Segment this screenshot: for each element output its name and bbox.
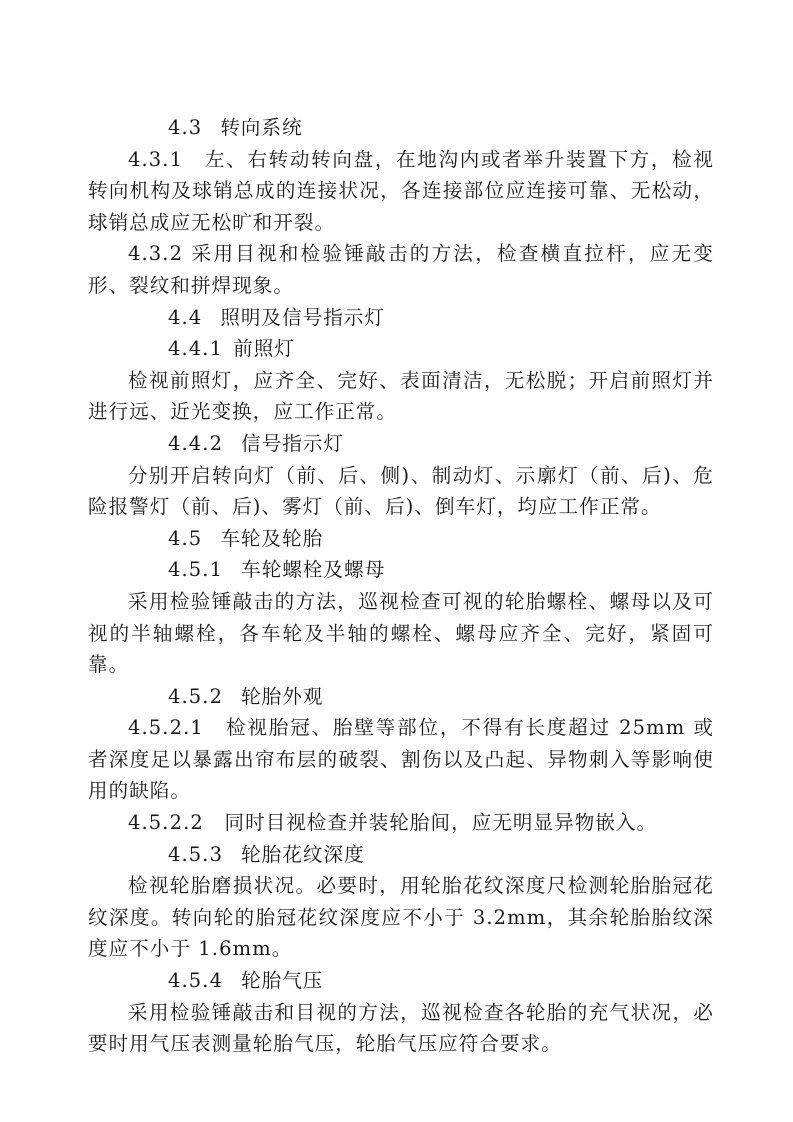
section-title: 轮胎花纹深度 (241, 843, 365, 866)
section-number: 4.4.2 (128, 428, 223, 460)
section-title: 车轮螺栓及螺母 (241, 558, 385, 581)
section-number: 4.4 (128, 302, 202, 334)
section-number: 4.5.2 (128, 681, 223, 713)
section-heading-4-4-2: 4.4.2信号指示灯 (88, 428, 714, 460)
section-number: 4.5.3 (128, 839, 223, 871)
section-heading-4-5-4: 4.5.4轮胎气压 (88, 965, 714, 997)
section-title: 转向系统 (220, 116, 302, 139)
section-number: 4.4.1 (128, 333, 223, 365)
paragraph-wheel-bolts: 采用检验锤敲击的方法，巡视检查可视的轮胎螺栓、螺母以及可视的半轴螺栓，各车轮及半… (88, 586, 714, 681)
section-heading-4-5: 4.5车轮及轮胎 (88, 523, 714, 555)
section-heading-4-5-2: 4.5.2轮胎外观 (88, 681, 714, 713)
section-title: 轮胎外观 (241, 685, 323, 708)
paragraph-4-5-2-1: 4.5.2.1 检视胎冠、胎壁等部位，不得有长度超过 25mm 或者深度足以暴露… (88, 712, 714, 807)
paragraph-signal-lamps: 分别开启转向灯（前、后、侧)、制动灯、示廓灯（前、后)、危险报警灯（前、后)、雾… (88, 460, 714, 523)
document-page: 4.3转向系统 4.3.1 左、右转动转向盘，在地沟内或者举升装置下方，检视转向… (88, 112, 714, 1060)
section-number: 4.5.1 (128, 554, 223, 586)
section-number: 4.5.4 (128, 965, 223, 997)
section-title: 信号指示灯 (241, 432, 344, 455)
paragraph-4-5-2-2: 4.5.2.2 同时目视检查并装轮胎间，应无明显异物嵌入。 (88, 807, 714, 839)
paragraph-tread-depth: 检视轮胎磨损状况。必要时，用轮胎花纹深度尺检测轮胎胎冠花纹深度。转向轮的胎冠花纹… (88, 870, 714, 965)
section-title: 前照灯 (233, 337, 295, 360)
paragraph-4-3-1: 4.3.1 左、右转动转向盘，在地沟内或者举升装置下方，检视转向机构及球销总成的… (88, 144, 714, 239)
section-title: 照明及信号指示灯 (220, 306, 385, 329)
section-number: 4.3 (128, 112, 202, 144)
section-heading-4-5-1: 4.5.1车轮螺栓及螺母 (88, 554, 714, 586)
paragraph-headlamp: 检视前照灯，应齐全、完好、表面清洁，无松脱；开启前照灯并进行远、近光变换，应工作… (88, 365, 714, 428)
paragraph-4-3-2: 4.3.2 采用目视和检验锤敲击的方法，检查横直拉杆，应无变形、裂纹和拼焊现象。 (88, 238, 714, 301)
section-title: 车轮及轮胎 (220, 527, 323, 550)
section-heading-4-4: 4.4照明及信号指示灯 (88, 302, 714, 334)
section-title: 轮胎气压 (241, 969, 323, 992)
paragraph-tire-pressure: 采用检验锤敲击和目视的方法，巡视检查各轮胎的充气状况，必要时用气压表测量轮胎气压… (88, 997, 714, 1060)
section-heading-4-4-1: 4.4.1前照灯 (88, 333, 714, 365)
section-heading-4-3: 4.3转向系统 (88, 112, 714, 144)
section-number: 4.5 (128, 523, 202, 555)
section-heading-4-5-3: 4.5.3轮胎花纹深度 (88, 839, 714, 871)
